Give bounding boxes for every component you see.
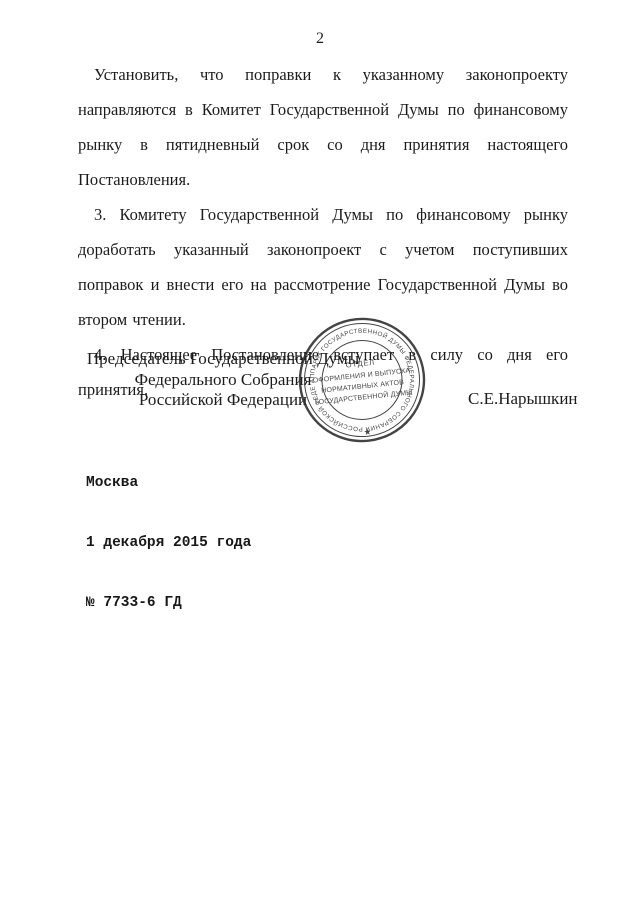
paragraph-establish: Установить, что поправки к указанному за… [78, 57, 568, 197]
signatory-name: С.Е.Нарышкин [468, 389, 578, 409]
dateline-block: Москва 1 декабря 2015 года № 7733-6 ГД [86, 433, 251, 653]
official-stamp-icon: АППАРАТ ГОСУДАРСТВЕННОЙ ДУМЫ ФЕДЕРАЛЬНОГ… [291, 310, 434, 451]
star-icon: ★ [363, 426, 372, 437]
document-number: № 7733-6 ГД [86, 593, 251, 613]
paragraph-item-3: 3. Комитету Государственной Думы по фина… [78, 197, 568, 337]
page-number: 2 [0, 30, 640, 48]
dateline-city: Москва [86, 473, 251, 493]
document-page: 2 Установить, что поправки к указанному … [0, 0, 640, 905]
stamp-graphic: АППАРАТ ГОСУДАРСТВЕННОЙ ДУМЫ ФЕДЕРАЛЬНОГ… [291, 310, 434, 451]
dateline-date: 1 декабря 2015 года [86, 533, 251, 553]
stamp-center-line-1: ОТДЕЛ [345, 358, 375, 370]
